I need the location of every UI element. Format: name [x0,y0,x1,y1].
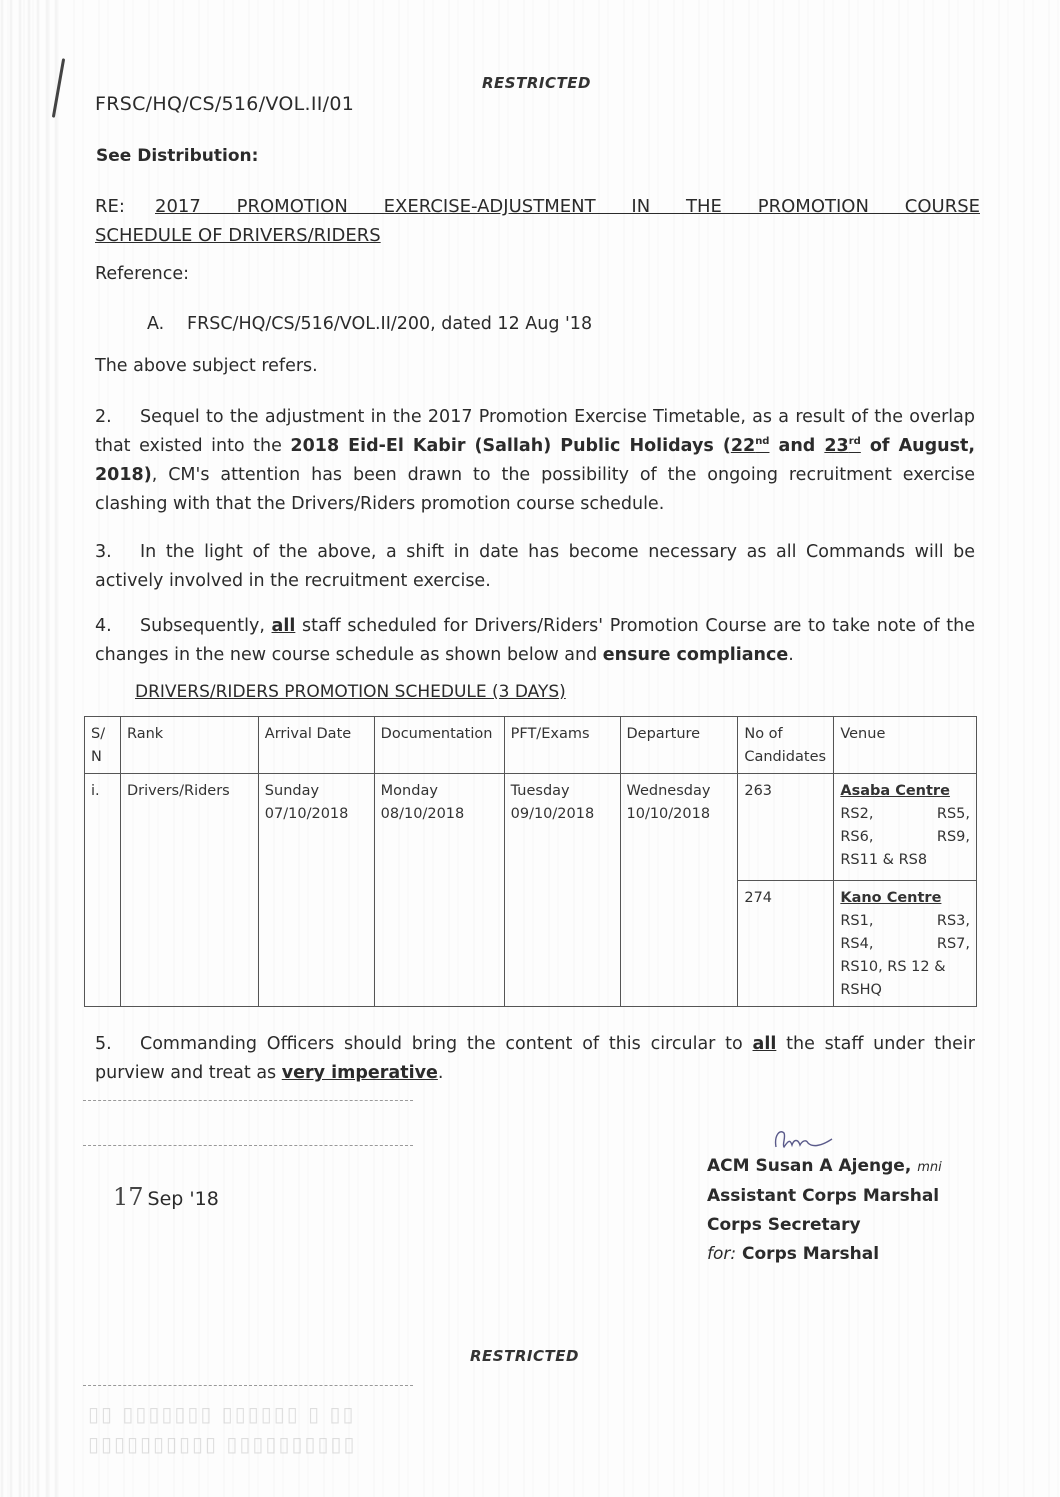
cell-candidates-asaba: 263 [738,774,834,881]
signature-scribble [770,1125,850,1153]
reference-item-text: FRSC/HQ/CS/516/VOL.II/200, dated 12 Aug … [187,314,592,334]
signature-date-day: 17 [113,1183,144,1211]
paragraph-5-text-a: Commanding Officers should bring the con… [140,1034,753,1054]
bleed-through-text: ▯▯▯▯▯▯▯▯▯▯ ▯▯▯▯▯▯▯▯▯▯ [88,1432,356,1456]
header-arrival: Arrival Date [258,717,374,774]
classification-top: RESTRICTED [482,74,591,92]
paragraph-4-number: 4. [95,612,140,641]
reference-label: Reference: [95,264,189,284]
subject-text-2: SCHEDULE OF DRIVERS/RIDERS [95,225,381,246]
signatory-name: ACM Susan A Ajenge, [707,1156,911,1176]
cell-candidates-kano: 274 [738,881,834,1007]
scan-edge-streak [0,0,60,1497]
cell-rank: Drivers/Riders [120,774,258,1007]
paragraph-2-and: and [769,436,824,456]
header-pft: PFT/Exams [504,717,620,774]
signatory-suffix: mni [917,1160,942,1175]
header-candidates: No of Candidates [738,717,834,774]
for-name: Corps Marshal [742,1244,879,1264]
paragraph-5-bold-underline: very imperative [282,1063,438,1083]
reference-item: A.FRSC/HQ/CS/516/VOL.II/200, dated 12 Au… [147,314,592,334]
cell-venue-kano: Kano Centre RS1,RS3, RS4,RS7, RS10, RS 1… [834,881,977,1007]
paragraph-2-day1: 22nd [731,436,770,456]
signature-block: ACM Susan A Ajenge, mni Assistant Corps … [707,1152,942,1269]
paragraph-5-number: 5. [95,1030,140,1059]
cell-documentation: Monday08/10/2018 [374,774,504,1007]
scan-dashed-line [83,1385,413,1387]
classification-bottom: RESTRICTED [470,1347,579,1365]
cell-arrival: Sunday07/10/2018 [258,774,374,1007]
paragraph-4-underline: all [272,616,296,636]
bleed-through-text: ▯▯ ▯▯▯▯▯▯▯ ▯▯▯▯▯▯ ▯ ▯▯ [88,1402,356,1426]
header-venue: Venue [834,717,977,774]
paragraph-2-day2: 23rd [824,436,860,456]
paragraph-2: 2.Sequel to the adjustment in the 2017 P… [95,403,975,519]
schedule-table: S/ N Rank Arrival Date Documentation PFT… [84,716,977,1007]
subject-text-1: 2017 PROMOTION EXERCISE-ADJUSTMENT IN TH… [155,196,980,217]
paragraph-3-text: In the light of the above, a shift in da… [95,542,975,591]
reference-number: FRSC/HQ/CS/516/VOL.II/01 [95,93,354,115]
subject-line-1: RE:2017 PROMOTION EXERCISE-ADJUSTMENT IN… [95,192,980,221]
cell-sn: i. [85,774,121,1007]
paragraph-2-text-b: , CM's attention has been drawn to the p… [95,465,975,514]
signature-date-rest: Sep '18 [148,1188,219,1210]
schedule-title: DRIVERS/RIDERS PROMOTION SCHEDULE (3 DAY… [135,682,566,702]
signatory-title: Corps Secretary [707,1211,942,1240]
signatory-rank: Assistant Corps Marshal [707,1182,942,1211]
signature-date: 17Sep '18 [113,1183,219,1211]
paragraph-4: 4.Subsequently, all staff scheduled for … [95,612,975,670]
scan-dashed-line [83,1100,413,1102]
table-row: i. Drivers/Riders Sunday07/10/2018 Monda… [85,774,977,881]
header-documentation: Documentation [374,717,504,774]
cell-pft: Tuesday09/10/2018 [504,774,620,1007]
paragraph-5-underline: all [753,1034,777,1054]
venue-name-kano: Kano Centre [840,887,970,910]
subject-label: RE: [95,192,155,221]
venue-name-asaba: Asaba Centre [840,780,970,803]
header-rank: Rank [120,717,258,774]
paragraph-5-text-c: . [438,1063,444,1083]
paragraph-4-text-a: Subsequently, [140,616,272,636]
header-sn: S/ N [85,717,121,774]
paragraph-2-number: 2. [95,403,140,432]
scan-dashed-line [83,1145,413,1147]
signatory-name-line: ACM Susan A Ajenge, mni [707,1152,942,1182]
reference-item-letter: A. [147,314,187,334]
paragraph-2-bold-a: 2018 Eid-El Kabir (Sallah) Public Holida… [290,436,730,456]
paragraph-1: The above subject refers. [95,356,318,376]
distribution-line: See Distribution: [96,146,258,166]
paragraph-4-text-c: . [788,645,794,665]
cell-venue-asaba: Asaba Centre RS2,RS5, RS6,RS9, RS11 & RS… [834,774,977,881]
paragraph-4-bold: ensure compliance [603,645,788,665]
paragraph-3: 3.In the light of the above, a shift in … [95,538,975,596]
header-departure: Departure [620,717,738,774]
signatory-for-line: for: Corps Marshal [707,1240,942,1269]
paragraph-3-number: 3. [95,538,140,567]
table-header-row: S/ N Rank Arrival Date Documentation PFT… [85,717,977,774]
for-label: for: [707,1244,736,1264]
paragraph-5: 5.Commanding Officers should bring the c… [95,1030,975,1088]
subject-block: RE:2017 PROMOTION EXERCISE-ADJUSTMENT IN… [95,192,980,250]
cell-departure: Wednesday10/10/2018 [620,774,738,1007]
